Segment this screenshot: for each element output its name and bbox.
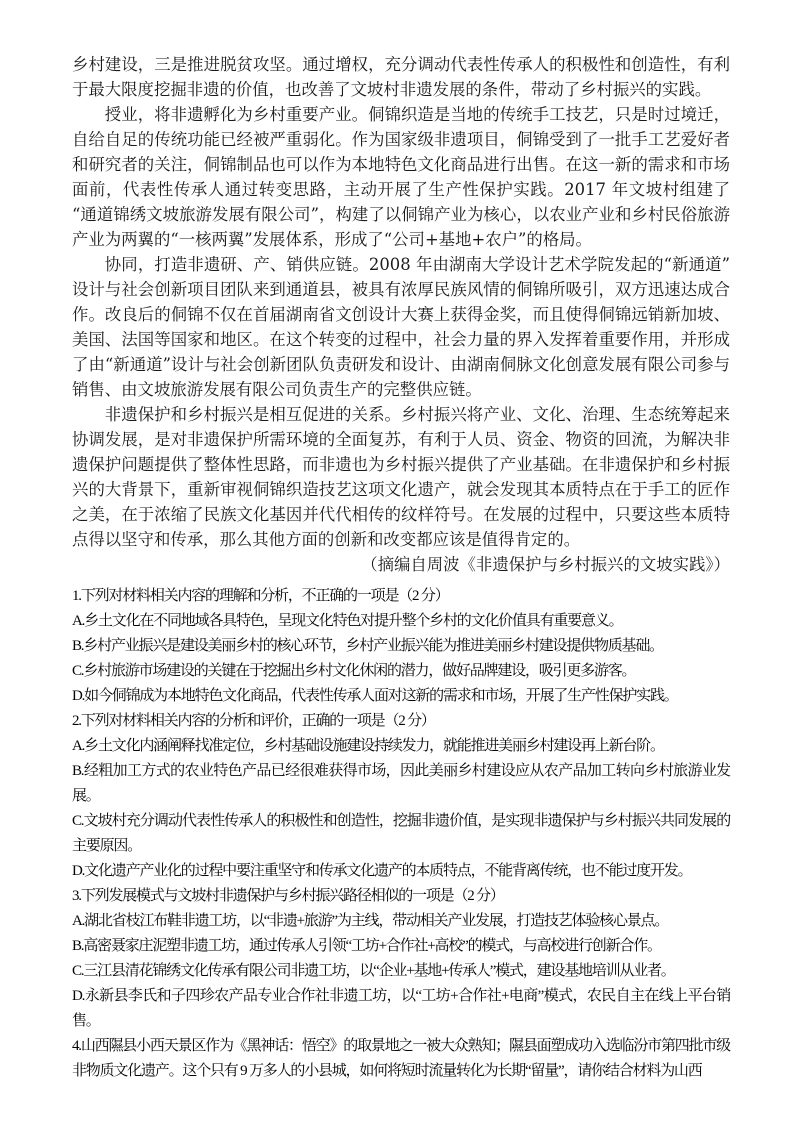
question-1-option-b: B.乡村产业振兴是建设美丽乡村的核心环节，乡村产业振兴能为推进美丽乡村建设提供物…	[72, 634, 730, 659]
question-2-option-d: D.文化遗产产业化的过程中要注重坚守和传承文化遗产的本质特点，不能背离传统，也不…	[72, 859, 730, 884]
reading-material: 乡村建设，三是推进脱贫攻坚。通过增权，充分调动代表性传承人的积极性和创造性，有利…	[72, 52, 730, 577]
question-3-option-c: C.三江县清花锦绣文化传承有限公司非遗工坊，以“企业+基地+传承人”模式，建设基…	[72, 959, 730, 984]
exam-page: 乡村建设，三是推进脱贫攻坚。通过增权，充分调动代表性传承人的积极性和创造性，有利…	[0, 0, 794, 1123]
question-3-stem: 3.下列发展模式与文坡村非遗保护与乡村振兴路径相似的一项是（2 分）	[72, 884, 730, 909]
material-paragraph: 授业，将非遗孵化为乡村重要产业。侗锦织造是当地的传统手工技艺，只是时过境迁，自给…	[72, 102, 730, 252]
question-1-stem: 1.下列对材料相关内容的理解和分析，不正确的一项是（2 分）	[72, 584, 730, 609]
attribution-line: （摘编自周波《非遗保护与乡村振兴的文坡实践》）	[72, 552, 730, 577]
page-content: 乡村建设，三是推进脱贫攻坚。通过增权，充分调动代表性传承人的积极性和创造性，有利…	[72, 52, 730, 1084]
question-2-option-a: A.乡土文化内涵阐释找准定位，乡村基础设施建设持续发力，就能推进美丽乡村建设再上…	[72, 734, 730, 759]
question-3-option-d: D.永新县李氏和子四珍农产品专业合作社非遗工坊，以“工坊+合作社+电商”模式，农…	[72, 984, 730, 1034]
material-paragraph: 非遗保护和乡村振兴是相互促进的关系。乡村振兴将产业、文化、治理、生态统筹起来协调…	[72, 402, 730, 552]
material-paragraph: 协同，打造非遗研、产、销供应链。2008 年由湖南大学设计艺术学院发起的“新通道…	[72, 252, 730, 402]
question-2-stem: 2.下列对材料相关内容的分析和评价，正确的一项是（2 分）	[72, 709, 730, 734]
question-1-option-d: D.如今侗锦成为本地特色文化商品，代表性传承人面对这新的需求和市场，开展了生产性…	[72, 684, 730, 709]
questions-section: 1.下列对材料相关内容的理解和分析，不正确的一项是（2 分） A.乡土文化在不同…	[72, 584, 730, 1084]
question-2-option-b: B.经粗加工方式的农业特色产品已经很难获得市场，因此美丽乡村建设应从农产品加工转…	[72, 759, 730, 809]
question-4-stem: 4.山西隰县小西天景区作为《黑神话：悟空》的取景地之一被大众熟知；隰县面塑成功入…	[72, 1034, 730, 1084]
question-3-option-a: A.湖北省枝江布鞋非遗工坊，以“非遗+旅游”为主线，带动相关产业发展，打造技艺体…	[72, 909, 730, 934]
question-3-option-b: B.高密聂家庄泥塑非遗工坊，通过传承人引领“工坊+合作社+高校”的模式，与高校进…	[72, 934, 730, 959]
question-1-option-c: C.乡村旅游市场建设的关键在于挖掘出乡村文化休闲的潜力，做好品牌建设，吸引更多游…	[72, 659, 730, 684]
question-1-option-a: A.乡土文化在不同地域各具特色，呈现文化特色对提升整个乡村的文化价值具有重要意义…	[72, 609, 730, 634]
material-paragraph: 乡村建设，三是推进脱贫攻坚。通过增权，充分调动代表性传承人的积极性和创造性，有利…	[72, 52, 730, 102]
question-2-option-c: C.文坡村充分调动代表性传承人的积极性和创造性，挖掘非遗价值，是实现非遗保护与乡…	[72, 809, 730, 859]
